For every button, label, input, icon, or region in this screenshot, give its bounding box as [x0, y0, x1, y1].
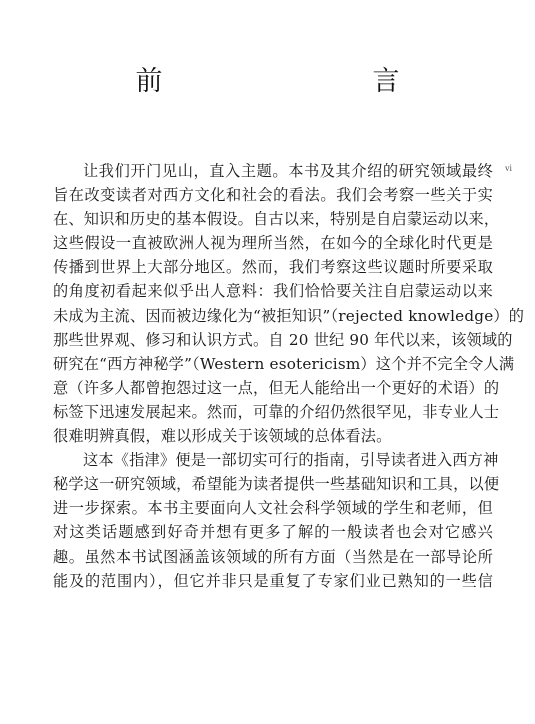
page-title: 前 言 [0, 64, 535, 100]
body-text: 让我们开门见山，直入主题。本书及其介绍的研究领域最终 旨在改变读者对西方文化和社… [53, 159, 493, 593]
text-line: 这些假设一直被欧洲人视为理所当然，在如今的全球化时代更是 [53, 231, 493, 255]
text-line: 这本《指津》便是一部切实可行的指南，引导读者进入西方神 [53, 448, 493, 472]
paragraph-2: 这本《指津》便是一部切实可行的指南，引导读者进入西方神 秘学这一研究领域，希望能… [53, 448, 493, 593]
text-line: 趣。虽然本书试图涵盖该领域的所有方面（当然是在一部导论所 [53, 545, 493, 569]
text-line: 让我们开门见山，直入主题。本书及其介绍的研究领域最终 [53, 159, 493, 183]
text-line: 对这类话题感到好奇并想有更多了解的一般读者也会对它感兴 [53, 520, 493, 544]
text-line: 研究在“西方神秘学”（Western esotericism）这个并不完全令人满 [53, 352, 493, 376]
paragraph-1: 让我们开门见山，直入主题。本书及其介绍的研究领域最终 旨在改变读者对西方文化和社… [53, 159, 493, 448]
text-line: 在、知识和历史的基本假设。自古以来，特别是自启蒙运动以来， [53, 207, 493, 231]
text-line: 很难明辨真假，难以形成关于该领域的总体看法。 [53, 424, 493, 448]
text-line: 标签下迅速发展起来。然而，可靠的介绍仍然很罕见，非专业人士 [53, 400, 493, 424]
text-line: 那些世界观、修习和认识方式。自 20 世纪 90 年代以来，该领域的 [53, 328, 493, 352]
text-line: 未成为主流、因而被边缘化为“被拒知识”（rejected knowledge）的 [53, 304, 493, 328]
book-page: 前 言 vi 让我们开门见山，直入主题。本书及其介绍的研究领域最终 旨在改变读者… [0, 0, 535, 724]
text-line: 秘学这一研究领域，希望能为读者提供一些基础知识和工具，以便 [53, 472, 493, 496]
text-line: 的角度初看起来似乎出人意料：我们恰恰要关注自启蒙运动以来 [53, 279, 493, 303]
text-line: 能及的范围内），但它并非只是重复了专家们业已熟知的一些信 [53, 569, 493, 593]
page-marker: vi [505, 163, 512, 173]
text-line: 进一步探索。本书主要面向人文社会科学领域的学生和老师，但 [53, 496, 493, 520]
text-line: 意（许多人都曾抱怨过这一点，但无人能给出一个更好的术语）的 [53, 376, 493, 400]
text-line: 旨在改变读者对西方文化和社会的看法。我们会考察一些关于实 [53, 183, 493, 207]
text-line: 传播到世界上大部分地区。然而，我们考察这些议题时所要采取 [53, 255, 493, 279]
